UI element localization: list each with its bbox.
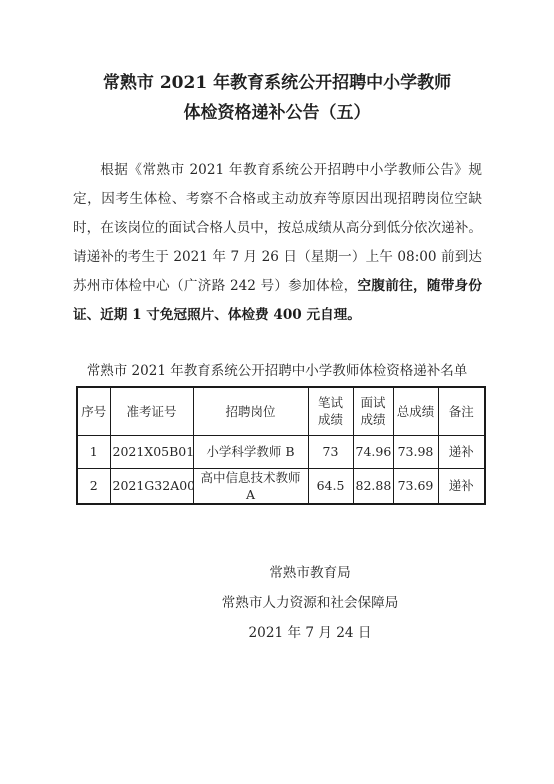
signature-org-education-bureau: 常熟市教育局 — [170, 558, 450, 588]
header-serial-number: 序号 — [77, 387, 110, 435]
header-remarks: 备注 — [438, 387, 485, 435]
cell-serial-number: 1 — [77, 435, 110, 468]
supplement-roster-table: 序号 准考证号 招聘岗位 笔试成绩 面试成绩 总成绩 备注 1 2021X05B… — [76, 386, 486, 505]
cell-recruitment-post: 高中信息技术教师 A — [193, 468, 308, 504]
table-caption: 常熟市 2021 年教育系统公开招聘中小学教师体检资格递补名单 — [0, 357, 554, 386]
paragraph-normal-text: 根据《常熟市 2021 年教育系统公开招聘中小学教师公告》规定，因考生体检、考察… — [73, 162, 482, 294]
header-interview-score: 面试成绩 — [353, 387, 393, 435]
signature-date: 2021 年 7 月 24 日 — [170, 618, 450, 648]
announcement-paragraph: 根据《常熟市 2021 年教育系统公开招聘中小学教师公告》规定，因考生体检、考察… — [73, 156, 482, 330]
header-total-score: 总成绩 — [393, 387, 438, 435]
cell-total-score: 73.69 — [393, 468, 438, 504]
signature-org-hr-social-security-bureau: 常熟市人力资源和社会保障局 — [170, 588, 450, 618]
title-line-1: 常熟市 2021 年教育系统公开招聘中小学教师 — [0, 68, 554, 98]
table-row: 1 2021X05B018 小学科学教师 B 73 74.96 73.98 递补 — [77, 435, 485, 468]
cell-total-score: 73.98 — [393, 435, 438, 468]
cell-interview-score: 74.96 — [353, 435, 393, 468]
cell-recruitment-post: 小学科学教师 B — [193, 435, 308, 468]
signature-block: 常熟市教育局 常熟市人力资源和社会保障局 2021 年 7 月 24 日 — [170, 558, 450, 648]
cell-exam-admission-number: 2021X05B018 — [110, 435, 193, 468]
cell-interview-score: 82.88 — [353, 468, 393, 504]
cell-remarks: 递补 — [438, 468, 485, 504]
table-header-row: 序号 准考证号 招聘岗位 笔试成绩 面试成绩 总成绩 备注 — [77, 387, 485, 435]
cell-remarks: 递补 — [438, 435, 485, 468]
document-page: 常熟市 2021 年教育系统公开招聘中小学教师 体检资格递补公告（五） 根据《常… — [0, 0, 554, 784]
cell-written-score: 73 — [308, 435, 353, 468]
header-exam-admission-number: 准考证号 — [110, 387, 193, 435]
cell-exam-admission-number: 2021G32A006 — [110, 468, 193, 504]
table-row: 2 2021G32A006 高中信息技术教师 A 64.5 82.88 73.6… — [77, 468, 485, 504]
header-interview-score-text: 面试成绩 — [361, 394, 386, 428]
header-written-score-text: 笔试成绩 — [318, 394, 343, 428]
cell-written-score: 64.5 — [308, 468, 353, 504]
cell-serial-number: 2 — [77, 468, 110, 504]
header-written-score: 笔试成绩 — [308, 387, 353, 435]
header-recruitment-post: 招聘岗位 — [193, 387, 308, 435]
document-title: 常熟市 2021 年教育系统公开招聘中小学教师 体检资格递补公告（五） — [0, 68, 554, 128]
title-line-2: 体检资格递补公告（五） — [0, 98, 554, 128]
